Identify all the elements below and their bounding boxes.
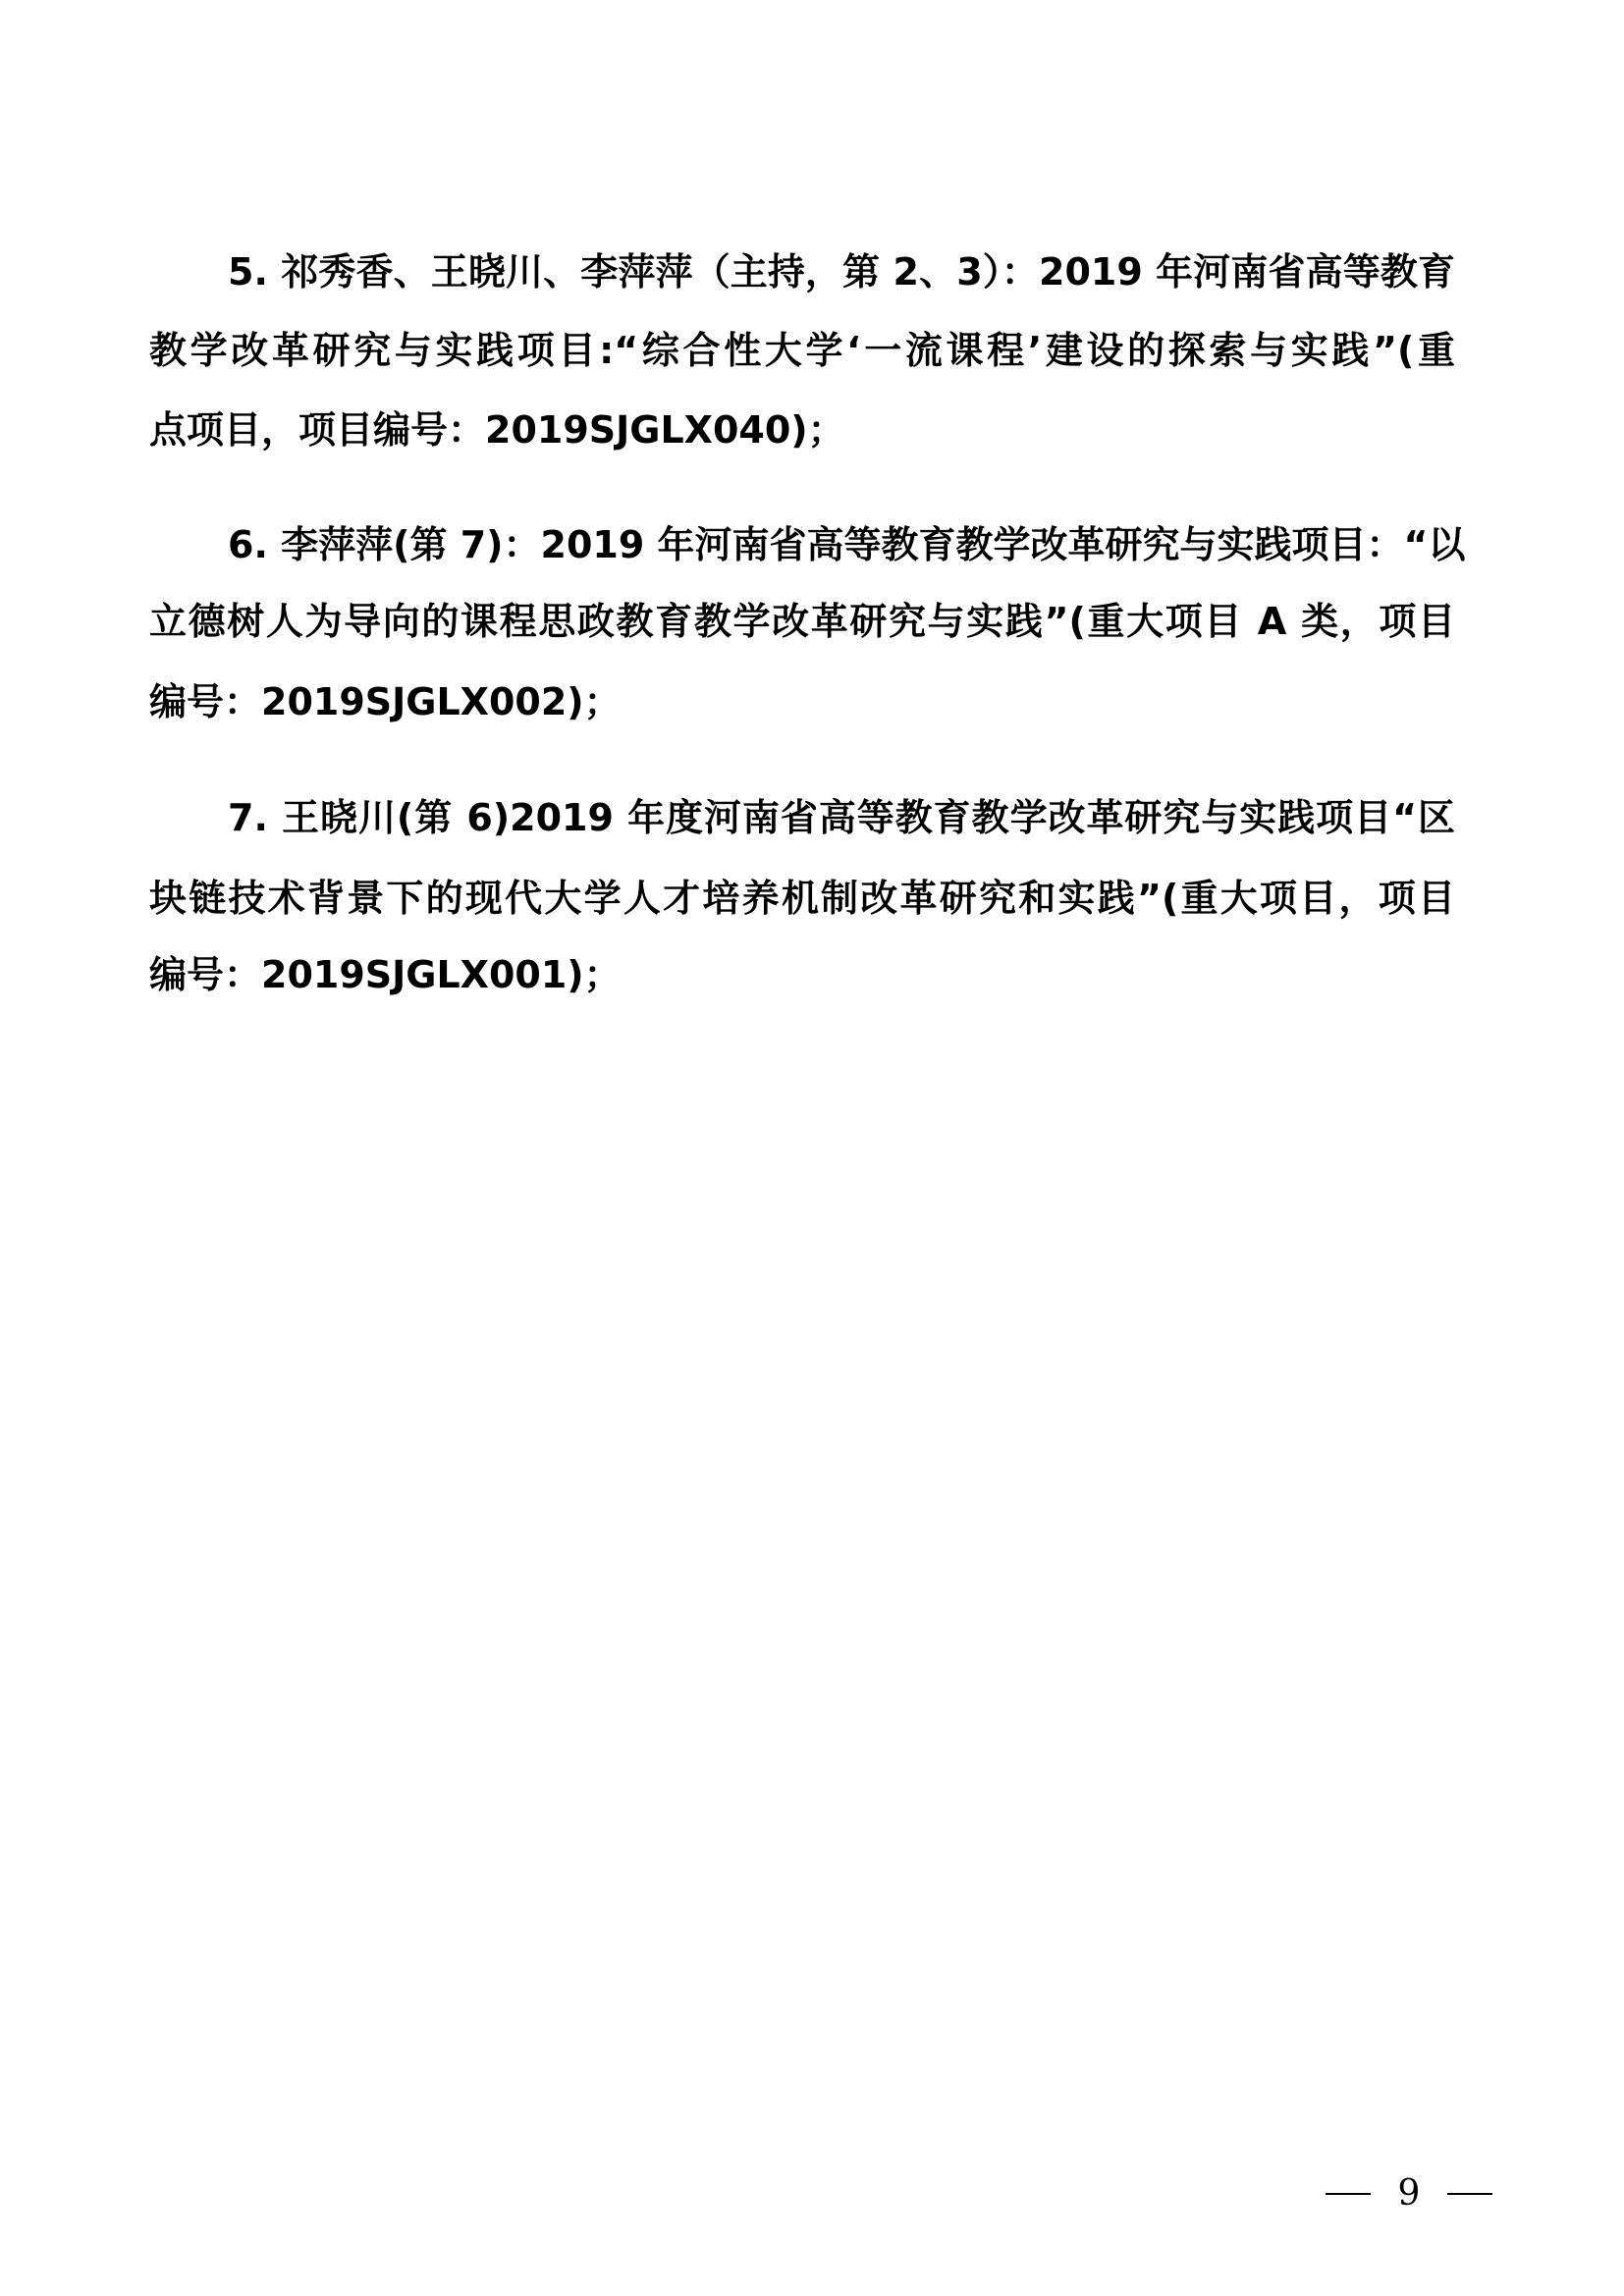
document-page: 5. 祁秀香、王晓川、李萍萍（主持，第 2、3）：2019 年河南省高等教育 教… xyxy=(0,0,1624,2296)
paragraph-6-line-2: 立德树人为导向的课程思政教育教学改革研究与实践”(重大项目 A 类，项目 xyxy=(149,598,1455,645)
page-number-footer: 9 xyxy=(1326,2169,1492,2218)
paragraph-5-line-1: 5. 祁秀香、王晓川、李萍萍（主持，第 2、3）：2019 年河南省高等教育 xyxy=(228,248,1455,295)
page-number: 9 xyxy=(1398,2169,1421,2218)
paragraph-7-line-3: 编号：2019SJGLX001)； xyxy=(149,951,622,998)
paragraph-6-line-1: 6. 李萍萍(第 7)：2019 年河南省高等教育教学改革研究与实践项目：“以 xyxy=(228,521,1455,568)
right-dash xyxy=(1447,2193,1492,2195)
paragraph-5-line-2: 教学改革研究与实践项目:“综合性大学‘一流课程’建设的探索与实践”(重 xyxy=(149,327,1455,374)
paragraph-5-line-3: 点项目，项目编号：2019SJGLX040)； xyxy=(149,406,845,454)
paragraph-7-line-1: 7. 王晓川(第 6)2019 年度河南省高等教育教学改革研究与实践项目“区 xyxy=(228,794,1455,841)
paragraph-7-line-2: 块链技术背景下的现代大学人才培养机制改革研究和实践”(重大项目，项目 xyxy=(149,875,1455,922)
left-dash xyxy=(1326,2193,1371,2195)
paragraph-6-line-3: 编号：2019SJGLX002)； xyxy=(149,678,622,725)
